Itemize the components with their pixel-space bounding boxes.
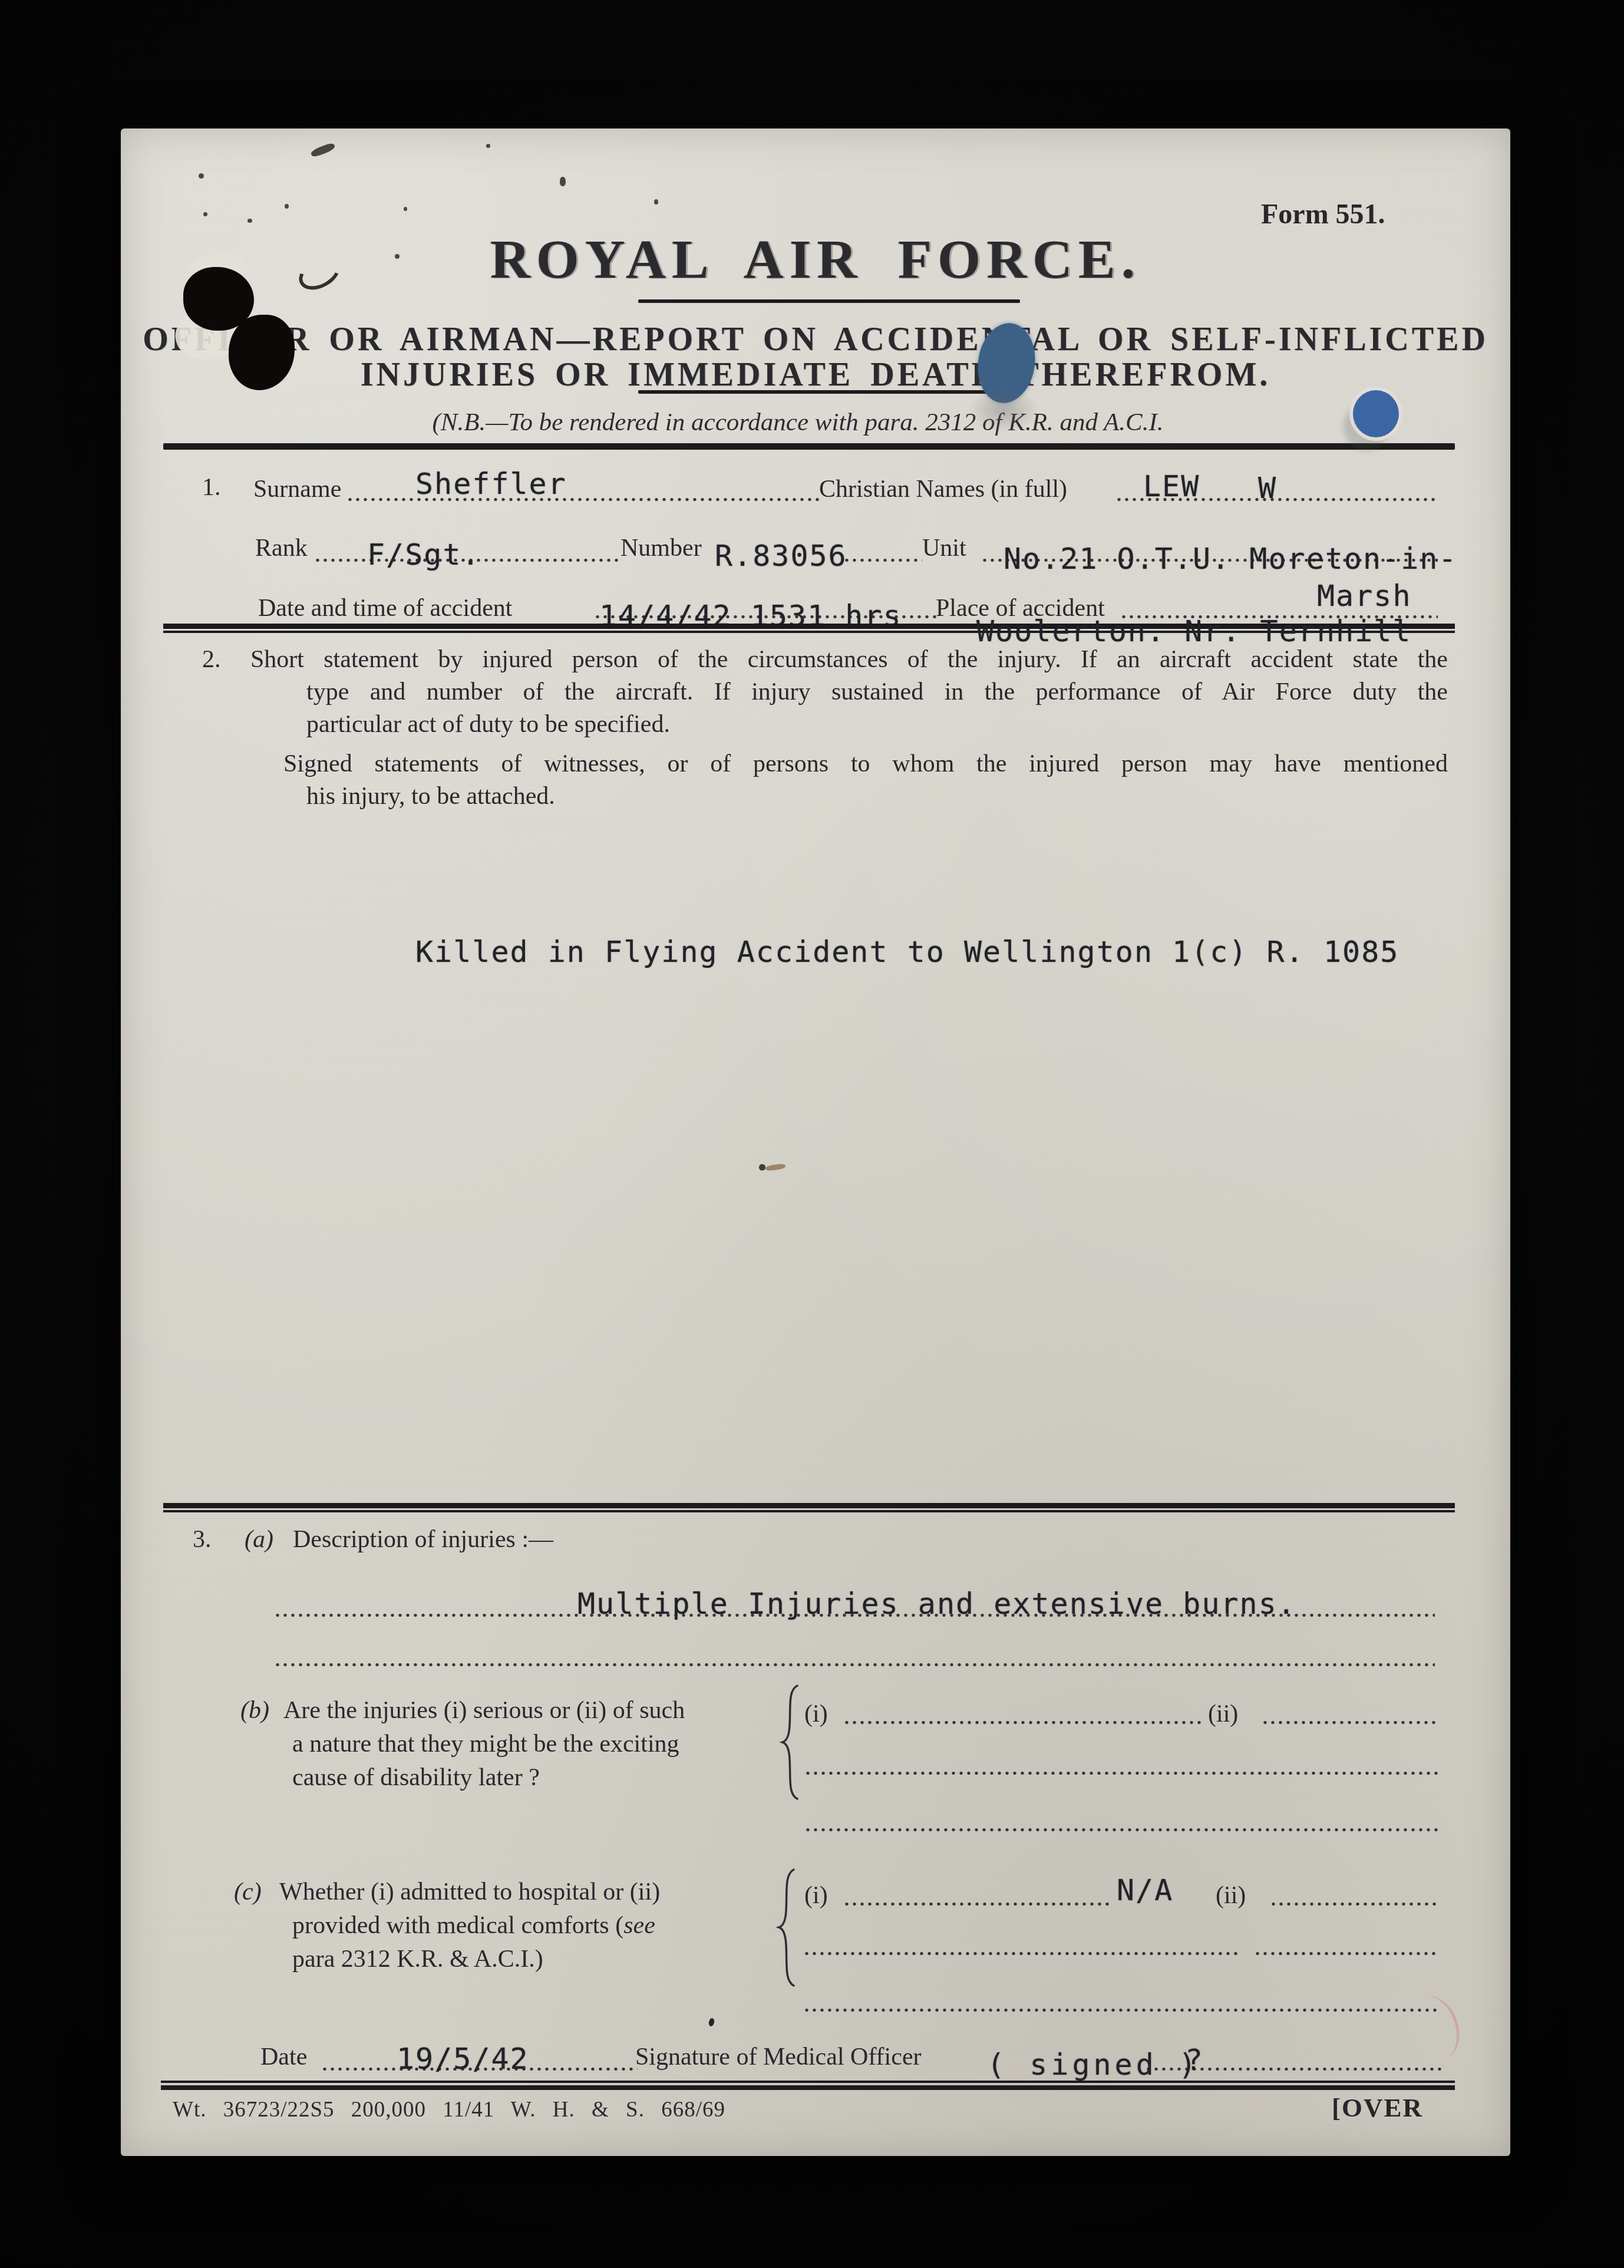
dotted-answer-line [1271, 1901, 1438, 1907]
section3a-question: Description of injuries :— [293, 1525, 553, 1554]
section3b-ii-label: (ii) [1208, 1700, 1238, 1728]
section3c-i-label: (i) [804, 1881, 828, 1910]
dotted-answer-line [1255, 1951, 1438, 1956]
horizontal-rule-section3 [163, 1503, 1455, 1512]
page-title: ROYAL AIR FORCE. [490, 229, 1141, 290]
section3c-question-line1: Whether (i) admitted to hospital or (ii) [279, 1878, 660, 1906]
paper-speck [395, 254, 400, 259]
section3a-label: (a) [245, 1525, 273, 1554]
dotted-leader [844, 558, 922, 563]
ink-smudge [968, 387, 1039, 433]
paper-speck [203, 212, 207, 216]
statement-value: Killed in Flying Accident to Wellington … [415, 937, 1399, 967]
unit-value-line1: No.21 O.T.U. Moreton-in- [1004, 544, 1457, 573]
paper-speck [560, 177, 566, 186]
section3c-ii-label: (ii) [1216, 1881, 1246, 1910]
paper-stain [765, 1163, 786, 1172]
form-number: Form 551. [1261, 198, 1385, 230]
section3b-i-label: (i) [804, 1700, 828, 1728]
section2-instruction-line3: particular act of duty to be specified. [306, 710, 670, 739]
over-label: [OVER [1332, 2092, 1423, 2123]
form-551-document: Form 551. ROYAL AIR FORCE. OFFICER OR AI… [121, 128, 1510, 2156]
unit-label: Unit [922, 534, 966, 562]
paper-speck [759, 1164, 765, 1171]
section3c-question-line2-see: see [623, 1912, 655, 1939]
service-number-value: R.83056 [715, 541, 847, 571]
subtitle-underline [638, 390, 1020, 394]
paper-speck [486, 144, 490, 148]
dotted-answer-line [804, 2007, 1438, 2013]
signature-label: Signature of Medical Officer [635, 2043, 922, 2071]
section2-instruction-line2: type and number of the aircraft. If inju… [306, 678, 1448, 706]
section1-number: 1. [202, 473, 221, 502]
paper-speck [404, 207, 407, 211]
scanned-document-photo: { "document": { "form_number": "Form 551… [0, 0, 1624, 2268]
paper-speck [285, 204, 289, 209]
signature-query-value: ? [1185, 2045, 1204, 2075]
dotted-answer-line [806, 1827, 1438, 1832]
dotted-answer-line [844, 1901, 1113, 1907]
subtitle-line-2: INJURIES OR IMMEDIATE DEATH THEREFROM. [121, 356, 1510, 394]
dotted-answer-line [804, 1951, 1240, 1956]
unit-value-line2: Marsh [1317, 581, 1412, 611]
surname-value: Sheffler [415, 469, 567, 499]
paper-speck [199, 173, 204, 179]
christian-names-label: Christian Names (in full) [819, 475, 1067, 503]
section3-number: 3. [193, 1525, 212, 1554]
section3c-question-line3: para 2312 K.R. & A.C.I.) [292, 1945, 543, 1973]
section3c-question-line2-roman: provided with medical comforts ( [292, 1912, 623, 1939]
rank-value: F/Sgt. [367, 540, 481, 569]
pink-mark [1399, 1990, 1467, 2068]
ink-dot-blue [1353, 390, 1399, 437]
section3b-question-line2: a nature that they might be the exciting [292, 1730, 679, 1758]
section2-witness-line1: Signed statements of witnesses, or of pe… [283, 750, 1448, 778]
horizontal-rule-footer [161, 2081, 1455, 2090]
service-number-label: Number [620, 534, 702, 562]
dotted-answer-line [806, 1771, 1438, 1776]
date-time-label: Date and time of accident [258, 594, 512, 622]
signature-value: ( signed ) [987, 2050, 1200, 2079]
section2-witness-line2: his injury, to be attached. [306, 782, 555, 810]
date-label: Date [260, 2043, 307, 2071]
paper-scuff [310, 142, 336, 159]
section3c-question-line2: provided with medical comforts (see [292, 1911, 655, 1940]
title-underline [638, 299, 1020, 303]
brace [776, 1867, 800, 1988]
christian-initial-value: W [1258, 473, 1277, 503]
section3b-question-line1: Are the injuries (i) serious or (ii) of … [283, 1696, 685, 1725]
section3c-i-value: N/A [1117, 1875, 1173, 1905]
paper-speck [654, 199, 658, 205]
dotted-answer-line [275, 1662, 1435, 1667]
christian-first-value: LEW [1143, 472, 1200, 501]
surname-label: Surname [253, 475, 341, 503]
section3a-value: Multiple Injuries and extensive burns. [577, 1589, 1296, 1618]
dotted-answer-line [844, 1720, 1205, 1725]
ink-speck [708, 2018, 715, 2027]
section3b-label: (b) [240, 1696, 269, 1725]
section2-number: 2. [202, 645, 221, 674]
section2-instruction-line1: Short statement by injured person of the… [250, 645, 1448, 674]
place-value: Woolerton. Nr. Ternhill [976, 617, 1411, 646]
date-value: 19/5/42 [397, 2044, 529, 2073]
footer-imprint: Wt. 36723/22S5 200,000 11/41 W. H. & S. … [173, 2097, 725, 2122]
section3c-label: (c) [234, 1878, 262, 1906]
subtitle-line-1: OFFICER OR AIRMAN—REPORT ON ACCIDENTAL O… [121, 321, 1510, 358]
paper-speck [247, 219, 252, 223]
brace [780, 1683, 803, 1801]
section3b-question-line3: cause of disability later ? [292, 1763, 540, 1792]
nb-note: (N.B.—To be rendered in accordance with … [103, 408, 1493, 437]
dotted-answer-line [1263, 1720, 1438, 1725]
rank-label: Rank [255, 534, 308, 562]
horizontal-rule-header [163, 443, 1455, 450]
